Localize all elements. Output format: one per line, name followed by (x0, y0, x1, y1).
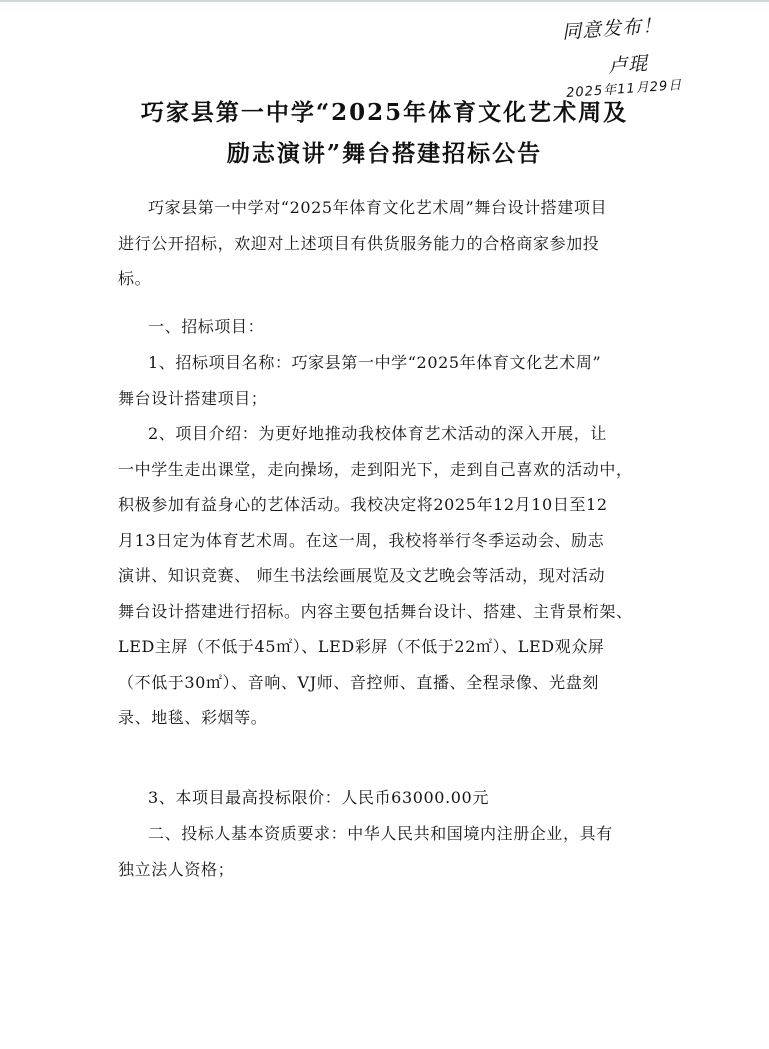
item-2-line: 2、项目介绍：为更好地推动我校体育艺术活动的深入开展，让 (118, 416, 646, 452)
item-1-line: 1、招标项目名称：巧家县第一中学“2025年体育文化艺术周” (118, 345, 646, 381)
document-page: 同意发布！ 卢琨 2025年11月29日 巧家县第一中学“2025年体育文化艺术… (0, 0, 769, 1049)
section-2-line: 独立法人资格； (118, 852, 646, 888)
price-limit-text: 3、本项目最高投标限价：人民币63000.00元 (118, 780, 646, 816)
intro-line: 进行公开招标，欢迎对上述项目有供货服务能力的合格商家参加投 (118, 226, 646, 262)
item-2-line: 月13日定为体育艺术周。在这一周，我校将举行冬季运动会、励志 (118, 523, 646, 559)
item-2-line: LED主屏（不低于45㎡）、LED彩屏（不低于22㎡）、LED观众屏 (118, 629, 646, 665)
intro-line: 标。 (118, 261, 646, 297)
section-1-heading: 一、招标项目： (118, 309, 646, 345)
intro-line: 巧家县第一中学对“2025年体育文化艺术周”舞台设计搭建项目 (118, 190, 646, 226)
document-title-line-1: 巧家县第一中学“2025年体育文化艺术周及 (0, 94, 769, 127)
item-2-line: 舞台设计搭建进行招标。内容主要包括舞台设计、搭建、主背景桁架、 (118, 594, 646, 630)
item-2-project-intro: 2、项目介绍：为更好地推动我校体育艺术活动的深入开展，让 一中学生走出课堂，走向… (118, 416, 646, 736)
item-2-line: 积极参加有益身心的艺体活动。我校决定将2025年12月10日至12 (118, 487, 646, 523)
item-2-line: （不低于30㎡）、音响、VJ师、音控师、直播、全程录像、光盘刻 (118, 665, 646, 701)
intro-paragraph: 巧家县第一中学对“2025年体育文化艺术周”舞台设计搭建项目 进行公开招标，欢迎… (118, 190, 646, 297)
item-2-line: 录、地毯、彩烟等。 (118, 700, 646, 736)
section-2-qualifications: 二、投标人基本资质要求：中华人民共和国境内注册企业，具有 独立法人资格； (118, 816, 646, 887)
item-2-line: 一中学生走出课堂，走向操场，走到阳光下，走到自己喜欢的活动中， (118, 452, 646, 488)
handwritten-signature: 卢琨 (607, 49, 649, 79)
document-title-line-2: 励志演讲”舞台搭建招标公告 (0, 135, 769, 168)
item-3-price-limit: 3、本项目最高投标限价：人民币63000.00元 (118, 780, 646, 816)
section-heading-text: 一、招标项目： (118, 309, 646, 345)
item-2-line: 演讲、知识竞赛、 师生书法绘画展览及文艺晚会等活动，现对活动 (118, 558, 646, 594)
handwritten-approval: 同意发布！ (561, 11, 663, 45)
item-1-project-name: 1、招标项目名称：巧家县第一中学“2025年体育文化艺术周” 舞台设计搭建项目； (118, 345, 646, 416)
item-1-line: 舞台设计搭建项目； (118, 381, 646, 417)
section-2-line: 二、投标人基本资质要求：中华人民共和国境内注册企业，具有 (118, 816, 646, 852)
